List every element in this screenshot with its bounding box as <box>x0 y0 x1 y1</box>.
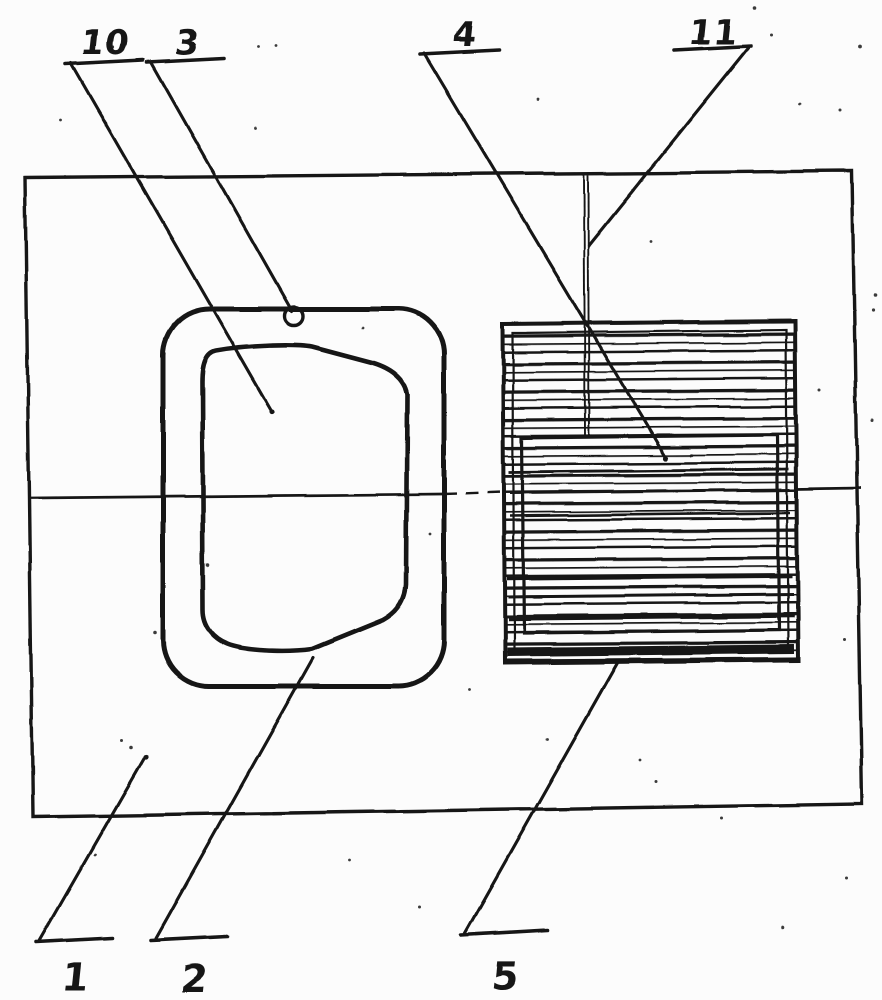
speck-dot <box>639 759 642 762</box>
center-line-dashed-segment <box>443 492 504 494</box>
speck-dot <box>771 34 774 37</box>
ref-3-leader-line <box>151 62 292 311</box>
ref-10-leader-line <box>71 63 272 412</box>
speck-dot <box>845 877 848 880</box>
ref-2-group: 2 <box>151 658 313 1000</box>
speck-dot <box>873 293 877 297</box>
ref-1-leader-line <box>40 757 145 940</box>
speck-dot <box>419 906 422 909</box>
patent-figure-canvas: 103411125 <box>0 0 882 1000</box>
vertical-slit-line-left <box>584 175 585 438</box>
center-line-left-segment <box>30 494 443 498</box>
inner-cavity-outline <box>202 345 407 650</box>
speck-dot <box>819 389 822 392</box>
speck-dot <box>546 739 549 742</box>
speck-dot <box>429 532 432 535</box>
speck-dot <box>362 327 365 330</box>
speck-dot <box>258 45 261 48</box>
speck-dot <box>59 119 62 122</box>
ref-5-group: 5 <box>461 662 618 999</box>
speck-dot <box>858 45 862 49</box>
speck-dot <box>753 6 757 10</box>
ref-label-5: 5 <box>489 955 521 999</box>
speck-dot <box>129 745 133 749</box>
speck-dot <box>121 739 124 742</box>
hatch-accent-line <box>507 649 794 652</box>
ref-label-1: 1 <box>59 955 91 999</box>
speck-dot <box>650 241 653 244</box>
speck-dot <box>276 44 279 47</box>
speck-dot <box>153 631 157 635</box>
ref-4-leader-tip <box>663 455 668 460</box>
speck-dot <box>111 45 114 48</box>
ref-11-leader-line <box>589 48 748 245</box>
ref-1-underline <box>36 938 112 942</box>
speck-dot <box>839 109 842 112</box>
speck-dot <box>469 689 472 692</box>
speck-dot <box>206 563 210 567</box>
ref-2-underline <box>151 936 228 940</box>
ref-10-group: 10 <box>66 23 275 415</box>
speck-dot <box>871 308 874 311</box>
speck-dot <box>721 817 724 820</box>
ref-label-4: 4 <box>451 15 480 55</box>
speck-dot <box>577 531 580 534</box>
speck-dot <box>64 176 67 179</box>
speck-dot <box>349 859 352 862</box>
ref-label-3: 3 <box>173 23 202 63</box>
hatched-panel <box>503 321 798 663</box>
ref-5-leader-line <box>465 662 618 933</box>
ref-11-group: 11 <box>589 13 751 245</box>
patent-figure-page: 103411125 <box>0 0 882 1000</box>
speck-dot <box>871 419 874 422</box>
ref-10-leader-tip <box>269 409 274 414</box>
vertical-slit-line-right <box>588 175 589 438</box>
speck-dot <box>780 925 784 929</box>
ref-label-11: 11 <box>686 13 739 53</box>
speck-dot <box>654 781 657 784</box>
speck-dot <box>690 453 694 457</box>
speck-dot <box>537 98 540 101</box>
speck-dot <box>799 103 802 106</box>
speck-dot <box>254 127 257 130</box>
center-line-right-segment <box>795 488 861 489</box>
ref-5-underline <box>461 930 547 935</box>
speck-dot <box>844 639 847 642</box>
ref-label-2: 2 <box>178 957 210 1000</box>
speck-dot <box>94 854 97 857</box>
ref-2-leader-line <box>156 658 313 938</box>
ref-1-leader-tip <box>143 754 148 759</box>
ref-1-group: 1 <box>36 754 149 999</box>
ref-label-10: 10 <box>78 23 131 63</box>
ref-3-group: 3 <box>147 23 292 311</box>
drawing-layer: 103411125 <box>25 6 877 1000</box>
